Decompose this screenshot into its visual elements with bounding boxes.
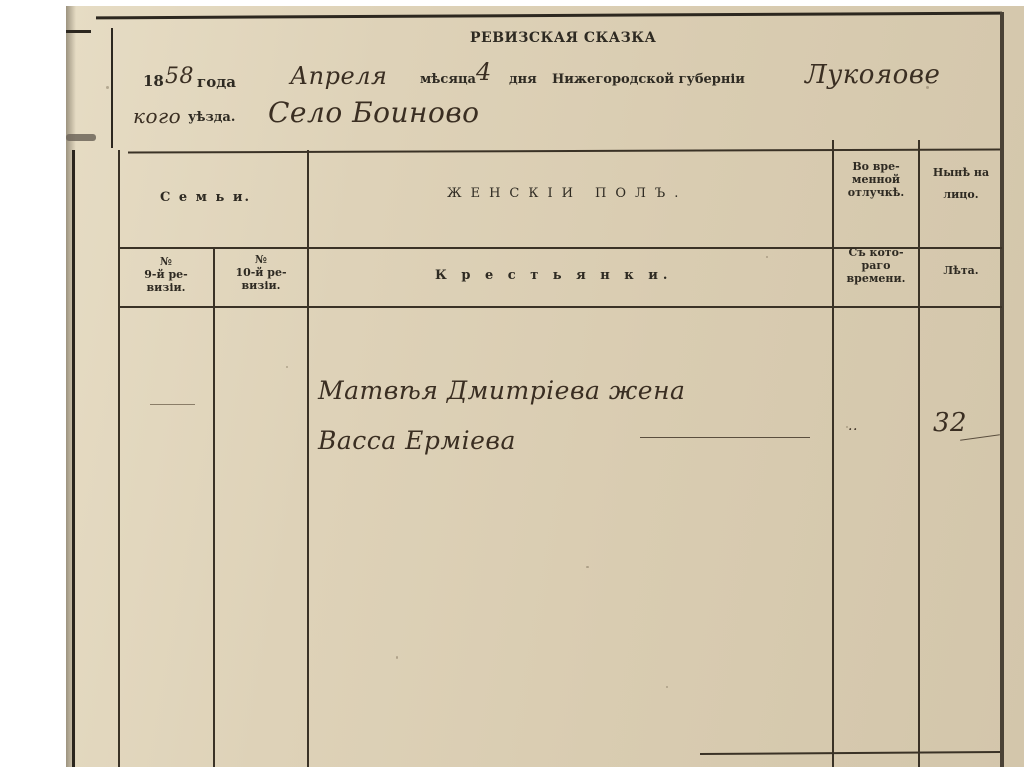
- paper-speck: [666, 686, 668, 688]
- female-sex-header: ЖЕНСКІИ ПОЛЪ.: [447, 186, 687, 201]
- absence-header: Во вре- менной отлучкѣ.: [836, 160, 916, 199]
- age-header: Лѣта.: [920, 264, 1002, 277]
- col-rule-absence-present: [918, 140, 920, 767]
- paper-speck: [396, 656, 398, 659]
- day-handwritten: 4: [476, 58, 492, 86]
- month-label: мѣсяца: [420, 72, 476, 87]
- rev9-header: № 9-й ре- визіи.: [120, 255, 212, 294]
- col-rule-female-absence: [832, 140, 834, 767]
- subheader-divider-rule: [118, 306, 1002, 308]
- age-value: 32: [933, 408, 967, 438]
- year-prefix: 18: [143, 72, 164, 90]
- peasants-header: К р е с т ь я н к и.: [435, 268, 672, 283]
- entry-line-1: Матвѣя Дмитріева жена: [318, 376, 685, 405]
- paper-speck: [286, 366, 288, 368]
- entry-fill-line: [640, 437, 810, 438]
- margin-ink-mark: [66, 134, 96, 141]
- year-label: года: [197, 73, 236, 91]
- present-header: Нынѣ на лицо.: [920, 162, 1002, 206]
- district-label: уѣзда.: [188, 110, 235, 125]
- paper-speck: [766, 256, 768, 258]
- day-label: дня: [509, 72, 537, 87]
- year-handwritten: 58: [165, 64, 194, 89]
- district-handwritten: Лукояове: [805, 60, 940, 90]
- frame-top-left-stub: [66, 30, 91, 33]
- village-handwritten: Село Боиново: [268, 96, 480, 129]
- col-rule-families-female: [307, 150, 309, 767]
- document-title: РЕВИЗСКАЯ СКАЗКА: [470, 30, 656, 46]
- since-when-value: ..: [848, 418, 858, 434]
- rev10-header: № 10-й ре- визіи.: [215, 253, 307, 292]
- district-handwritten-cont: кого: [133, 104, 181, 128]
- frame-right-rule: [1000, 12, 1004, 767]
- since-when-header: Съ кото- раго времени.: [836, 246, 916, 285]
- paper-speck: [106, 86, 109, 89]
- col-rule-left: [118, 150, 120, 767]
- families-header: С е м ь и.: [160, 190, 251, 205]
- month-handwritten: Апреля: [290, 62, 387, 90]
- entry-line-2: Васса Ерміева: [318, 426, 516, 455]
- page-left-edge: [72, 150, 75, 767]
- frame-left-rule-upper: [111, 28, 113, 148]
- paper-speck: [586, 566, 589, 568]
- col-rule-rev9-rev10: [213, 248, 215, 767]
- rev9-dash: [150, 404, 195, 405]
- province-label: Нижегородской губерніи: [552, 72, 745, 87]
